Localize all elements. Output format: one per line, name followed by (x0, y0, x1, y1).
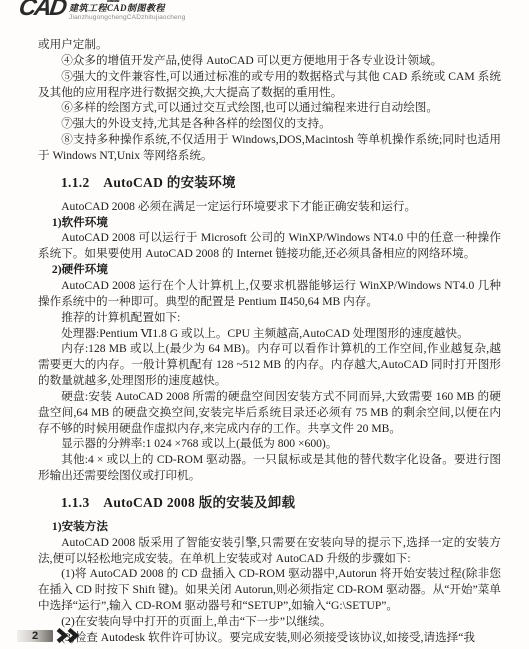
paragraph: 显示器的分辨率:1 024 ×768 或以上(最低为 800 ×600)。 (38, 436, 501, 452)
paragraph: AutoCAD 2008 可以运行于 Microsoft 公司的 WinXP/W… (38, 230, 501, 262)
subsection-heading: 1)安装方法 (38, 519, 501, 535)
paragraph: 内存:128 MB 或以上(最少为 64 MB)。内存可以看作计算机的工作空间,… (38, 341, 501, 389)
paragraph: ⑥多样的绘图方式,可以通过交互式绘图,也可以通过编程来进行自动绘图。 (38, 100, 501, 116)
paragraph: 推荐的计算机配置如下: (38, 310, 501, 326)
section-heading-1-1-3: 1.1.3 AutoCAD 2008 版的安装及卸载 (38, 494, 501, 511)
paragraph: 或用户定制。 (38, 37, 501, 53)
paragraph: AutoCAD 2008 版采用了智能安装引擎,只需要在安装向导的提示下,选择一… (38, 535, 501, 567)
paragraph: AutoCAD 2008 必须在满足一定运行环境要求下才能正确安装和运行。 (38, 199, 501, 215)
paragraph: ⑦强大的外设支持,尤其是各种各样的绘图仪的支持。 (38, 116, 501, 132)
logo-pinyin: JianzhugongchengCADzhitujiaocheng (69, 15, 185, 22)
paragraph: (3)检查 Autodesk 软件许可协议。要完成安装,则必须接受该协议,如接受… (38, 630, 501, 646)
paragraph: ⑧支持多种操作系统,不仅适用于 Windows,DOS,Macintosh 等单… (38, 132, 501, 164)
page-number-bar: 2 (17, 630, 53, 642)
page-number: 2 (32, 630, 38, 642)
footer-chevrons-icon (56, 628, 84, 643)
paragraph: ④众多的增值开发产品,使得 AutoCAD 可以更方便地用于各专业设计领域。 (38, 53, 501, 69)
section-heading-1-1-2: 1.1.2 AutoCAD 的安装环境 (38, 174, 501, 191)
cad-logo-icon: CAD (17, 0, 66, 20)
paragraph: ⑤强大的文件兼容性,可以通过标准的或专用的数据格式与其他 CAD 系统或 CAM… (38, 69, 501, 101)
paragraph: 其他:4 × 或以上的 CD-ROM 驱动器。一只鼠标或是其他的替代数字化设备。… (38, 452, 501, 484)
subsection-heading: 2)硬件环境 (38, 262, 501, 278)
book-brand-logo: CAD ////////// 建筑工程CAD制图教程 Jianzhugongch… (19, 0, 185, 22)
logo-title: 建筑工程CAD制图教程 (69, 4, 185, 13)
paragraph: AutoCAD 2008 运行在个人计算机上,仅要求机器能够运行 WinXP/W… (38, 278, 501, 310)
logo-text-stack: ////////// 建筑工程CAD制图教程 JianzhugongchengC… (69, 0, 185, 22)
paragraph: (2)在安装向导中打开的页面上,单击“下一步”以继续。 (38, 614, 501, 630)
paragraph: (1)将 AutoCAD 2008 的 CD 盘插入 CD-ROM 驱动器中,A… (38, 566, 501, 614)
paragraph: 处理器:Pentium Ⅵ1.8 G 或以上。CPU 主频越高,AutoCAD … (38, 326, 501, 342)
page-content: 或用户定制。 ④众多的增值开发产品,使得 AutoCAD 可以更方便地用于各专业… (38, 37, 501, 646)
paragraph: 硬盘:安装 AutoCAD 2008 所需的硬盘空间因安装方式不同而异,大致需要… (38, 389, 501, 437)
page-footer: 2 (17, 628, 84, 643)
subsection-heading: 1)软件环境 (38, 215, 501, 231)
